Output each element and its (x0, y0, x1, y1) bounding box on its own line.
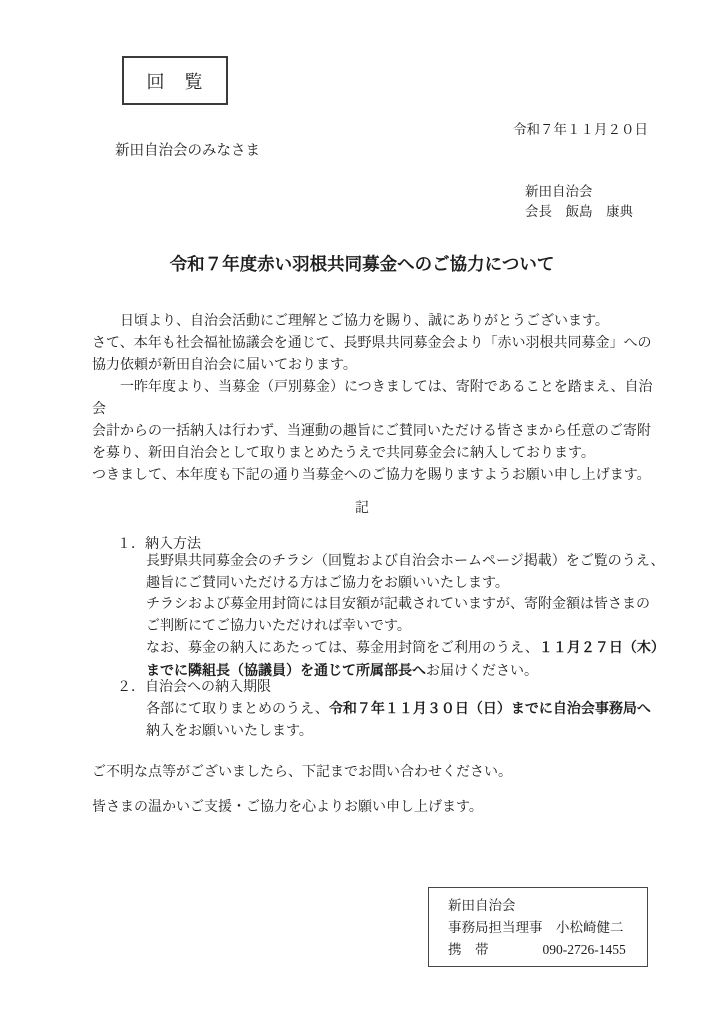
document-date: 令和７年１１月２０日 (513, 118, 648, 138)
section2-content: 各部にて取りまとめのうえ、令和７年１１月３０日（日）までに自治会事務局へ 納入を… (146, 698, 676, 742)
body-paragraphs: 日頃より、自治会活動にご理解とご協力を賜り、誠にありがとうございます。 さて、本… (92, 311, 662, 487)
section1-line5-normal: なお、募金の納入にあたっては、募金用封筒をご利用のうえ、 (146, 641, 539, 656)
body-line: 協力依頼が新田自治会に届いております。 (92, 355, 662, 377)
section1-line: 趣旨にご賛同いただける方はご協力をお願いいたします。 (146, 573, 676, 595)
body-line: さて、本年も社会福祉協議会を通じて、長野県共同募金会より「赤い羽根共同募金」への (92, 333, 662, 355)
circulation-stamp-label: 回 覧 (147, 68, 204, 94)
section1-line6-normal: お届けください。 (426, 664, 538, 679)
sender-block: 新田自治会 会長 飯島 康典 (525, 182, 633, 221)
contact-person: 事務局担当理事 小松崎健二 (448, 917, 647, 939)
recipient-line: 新田自治会のみなさま (115, 139, 260, 160)
document-page: 回 覧 令和７年１１月２０日 新田自治会のみなさま 新田自治会 会長 飯島 康典… (0, 0, 724, 1024)
section1-line: なお、募金の納入にあたっては、募金用封筒をご利用のうえ、１１月２７日（木） (146, 637, 676, 660)
section2-line: 各部にて取りまとめのうえ、令和７年１１月３０日（日）までに自治会事務局へ (146, 698, 676, 721)
deadline-date-emphasis: １１月２７日（木） (539, 639, 665, 655)
page-title: 令和７年度赤い羽根共同募金へのご協力について (0, 251, 724, 276)
section1-line: ご判断にてご協力いただければ幸いです。 (146, 616, 676, 638)
contact-box: 新田自治会 事務局担当理事 小松崎健二 携 帯 090-2726-1455 (428, 887, 648, 967)
section2-heading: ２．自治会への納入期限 (117, 676, 271, 696)
sender-person: 会長 飯島 康典 (525, 202, 633, 222)
body-line: つきまして、本年度も下記の通り当募金へのご協力を賜りますようお願い申し上げます。 (92, 465, 662, 487)
contact-phone: 携 帯 090-2726-1455 (448, 939, 647, 961)
contact-org: 新田自治会 (448, 895, 647, 917)
payment-deadline-emphasis: 令和７年１１月３０日（日）までに自治会事務局へ (329, 700, 651, 716)
section1-content: 長野県共同募金会のチラシ（回覧および自治会ホームページ掲載）をご覧のうえ、 趣旨… (146, 551, 676, 682)
section1-line: 長野県共同募金会のチラシ（回覧および自治会ホームページ掲載）をご覧のうえ、 (146, 551, 676, 573)
body-line: 一昨年度より、当募金（戸別募金）につきましては、寄附であることを踏まえ、自治会 (92, 377, 662, 421)
section2-line: 納入をお願いいたします。 (146, 721, 676, 743)
section1-heading: １．納入方法 (117, 533, 201, 553)
section1-line: チラシおよび募金用封筒には目安額が記載されていますが、寄附金額は皆さまの (146, 594, 676, 616)
section2-line1-normal: 各部にて取りまとめのうえ、 (146, 702, 329, 717)
body-line: 会計からの一括納入は行わず、当運動の趣旨にご賛同いただける皆さまから任意のご寄附 (92, 421, 662, 443)
inquiry-line: ご不明な点等がございましたら、下記までお問い合わせください。 (92, 761, 512, 781)
body-line: を募り、新田自治会として取りまとめたうえで共同募金会に納入しております。 (92, 443, 662, 465)
notice-marker: 記 (0, 497, 724, 517)
sender-org: 新田自治会 (525, 182, 633, 202)
thanks-line: 皆さまの温かいご支援・ご協力を心よりお願い申し上げます。 (92, 796, 483, 816)
body-line: 日頃より、自治会活動にご理解とご協力を賜り、誠にありがとうございます。 (92, 311, 662, 333)
circulation-stamp-box: 回 覧 (122, 56, 228, 105)
